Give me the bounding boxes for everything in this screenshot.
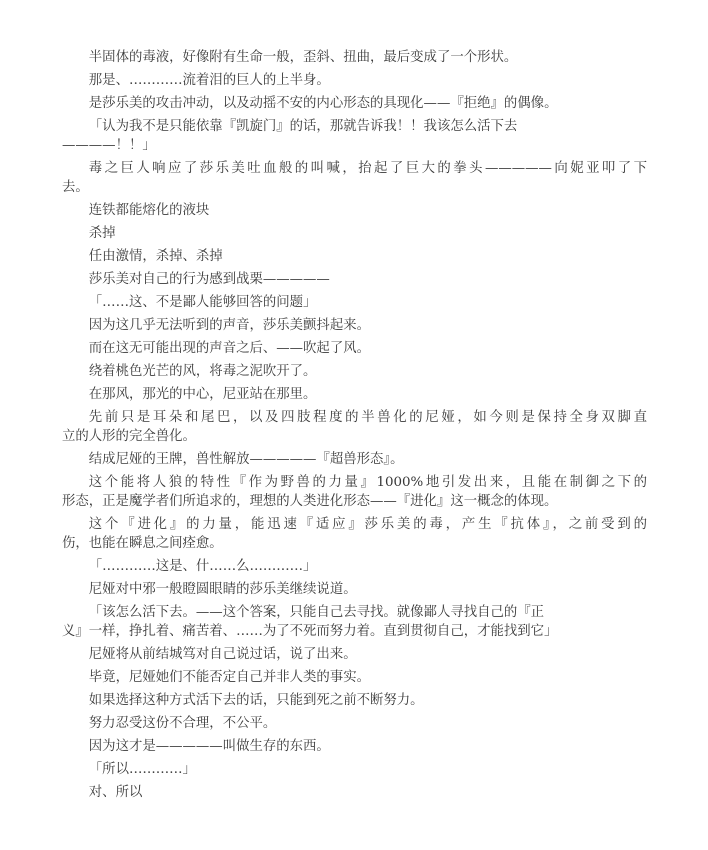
text-line: 这个能将人狼的特性『作为野兽的力量』1000%地引发出来，且能在制御之下的 xyxy=(62,473,647,492)
paragraph: 毒之巨人响应了莎乐美吐血般的叫喊，抬起了巨大的拳头—————向妮亚叩了下去。 xyxy=(62,159,647,197)
paragraph: 在那风，那光的中心，尼亚站在那里。 xyxy=(62,385,647,404)
paragraph: 绕着桃色光芒的风，将毒之泥吹开了。 xyxy=(62,362,647,381)
document-body: 半固体的毒液，好像附有生命一般，歪斜、扭曲，最后变成了一个形状。那是、…………流… xyxy=(62,48,647,806)
text-line: 莎乐美对自己的行为感到战栗————— xyxy=(62,270,647,289)
text-line: 形态，正是魔学者们所追求的，理想的人类进化形态——『进化』这一概念的体现。 xyxy=(62,492,647,511)
paragraph: 杀掉 xyxy=(62,224,647,243)
text-line: 「所以…………」 xyxy=(62,760,647,779)
paragraph: 连铁都能熔化的液块 xyxy=(62,201,647,220)
paragraph: 「…………这是、什……么…………」 xyxy=(62,557,647,576)
paragraph: 而在这无可能出现的声音之后、——吹起了风。 xyxy=(62,339,647,358)
paragraph: 「所以…………」 xyxy=(62,760,647,779)
text-line: 立的人形的完全兽化。 xyxy=(62,427,647,446)
text-line: 「……这、不是鄙人能够回答的问题」 xyxy=(62,293,647,312)
paragraph: 「认为我不是只能依靠『凯旋门』的话，那就告诉我！！我该怎么活下去————！！」 xyxy=(62,117,647,155)
text-line: 伤，也能在瞬息之间痊愈。 xyxy=(62,534,647,553)
text-line: 毒之巨人响应了莎乐美吐血般的叫喊，抬起了巨大的拳头—————向妮亚叩了下 xyxy=(62,159,647,178)
paragraph: 「该怎么活下去。——这个答案，只能自己去寻找。就像鄙人寻找自己的『正义』一样，挣… xyxy=(62,603,647,641)
text-line: 去。 xyxy=(62,178,647,197)
paragraph: 「……这、不是鄙人能够回答的问题」 xyxy=(62,293,647,312)
paragraph: 这个『进化』的力量，能迅速『适应』莎乐美的毒，产生『抗体』，之前受到的伤，也能在… xyxy=(62,515,647,553)
paragraph: 先前只是耳朵和尾巴，以及四肢程度的半兽化的尼娅，如今则是保持全身双脚直立的人形的… xyxy=(62,408,647,446)
paragraph: 那是、…………流着泪的巨人的上半身。 xyxy=(62,71,647,90)
text-line: 尼娅对中邪一般瞪圆眼睛的莎乐美继续说道。 xyxy=(62,580,647,599)
paragraph: 是莎乐美的攻击冲动，以及动摇不安的内心形态的具现化——『拒绝』的偶像。 xyxy=(62,94,647,113)
text-line: 「认为我不是只能依靠『凯旋门』的话，那就告诉我！！我该怎么活下去 xyxy=(62,117,647,136)
text-line: 毕竟，尼娅她们不能否定自己并非人类的事实。 xyxy=(62,668,647,687)
text-line: 努力忍受这份不合理，不公平。 xyxy=(62,714,647,733)
paragraph: 任由激情，杀掉、杀掉 xyxy=(62,247,647,266)
text-line: 先前只是耳朵和尾巴，以及四肢程度的半兽化的尼娅，如今则是保持全身双脚直 xyxy=(62,408,647,427)
text-line: 杀掉 xyxy=(62,224,647,243)
text-line: 因为这才是—————叫做生存的东西。 xyxy=(62,737,647,756)
text-line: 结成尼娅的王牌，兽性解放—————『超兽形态』。 xyxy=(62,450,647,469)
paragraph: 半固体的毒液，好像附有生命一般，歪斜、扭曲，最后变成了一个形状。 xyxy=(62,48,647,67)
text-line: ————！！」 xyxy=(62,136,647,155)
text-line: 义』一样，挣扎着、痛苦着、……为了不死而努力着。直到贯彻自己，才能找到它」 xyxy=(62,622,647,641)
paragraph: 努力忍受这份不合理，不公平。 xyxy=(62,714,647,733)
text-line: 「…………这是、什……么…………」 xyxy=(62,557,647,576)
text-line: 连铁都能熔化的液块 xyxy=(62,201,647,220)
text-line: 尼娅将从前结城笃对自己说过话，说了出来。 xyxy=(62,645,647,664)
text-line: 而在这无可能出现的声音之后、——吹起了风。 xyxy=(62,339,647,358)
paragraph: 毕竟，尼娅她们不能否定自己并非人类的事实。 xyxy=(62,668,647,687)
text-line: 半固体的毒液，好像附有生命一般，歪斜、扭曲，最后变成了一个形状。 xyxy=(62,48,647,67)
text-line: 任由激情，杀掉、杀掉 xyxy=(62,247,647,266)
text-line: 是莎乐美的攻击冲动，以及动摇不安的内心形态的具现化——『拒绝』的偶像。 xyxy=(62,94,647,113)
text-line: 对、所以 xyxy=(62,783,647,802)
paragraph: 因为这才是—————叫做生存的东西。 xyxy=(62,737,647,756)
paragraph: 结成尼娅的王牌，兽性解放—————『超兽形态』。 xyxy=(62,450,647,469)
paragraph: 尼娅对中邪一般瞪圆眼睛的莎乐美继续说道。 xyxy=(62,580,647,599)
text-line: 那是、…………流着泪的巨人的上半身。 xyxy=(62,71,647,90)
text-line: 如果选择这种方式活下去的话，只能到死之前不断努力。 xyxy=(62,691,647,710)
paragraph: 这个能将人狼的特性『作为野兽的力量』1000%地引发出来，且能在制御之下的形态，… xyxy=(62,473,647,511)
paragraph: 尼娅将从前结城笃对自己说过话，说了出来。 xyxy=(62,645,647,664)
text-line: 绕着桃色光芒的风，将毒之泥吹开了。 xyxy=(62,362,647,381)
paragraph: 对、所以 xyxy=(62,783,647,802)
text-line: 在那风，那光的中心，尼亚站在那里。 xyxy=(62,385,647,404)
text-line: 「该怎么活下去。——这个答案，只能自己去寻找。就像鄙人寻找自己的『正 xyxy=(62,603,647,622)
text-line: 因为这几乎无法听到的声音，莎乐美颤抖起来。 xyxy=(62,316,647,335)
paragraph: 莎乐美对自己的行为感到战栗————— xyxy=(62,270,647,289)
paragraph: 因为这几乎无法听到的声音，莎乐美颤抖起来。 xyxy=(62,316,647,335)
paragraph: 如果选择这种方式活下去的话，只能到死之前不断努力。 xyxy=(62,691,647,710)
text-line: 这个『进化』的力量，能迅速『适应』莎乐美的毒，产生『抗体』，之前受到的 xyxy=(62,515,647,534)
document-page: 半固体的毒液，好像附有生命一般，歪斜、扭曲，最后变成了一个形状。那是、…………流… xyxy=(0,0,708,850)
